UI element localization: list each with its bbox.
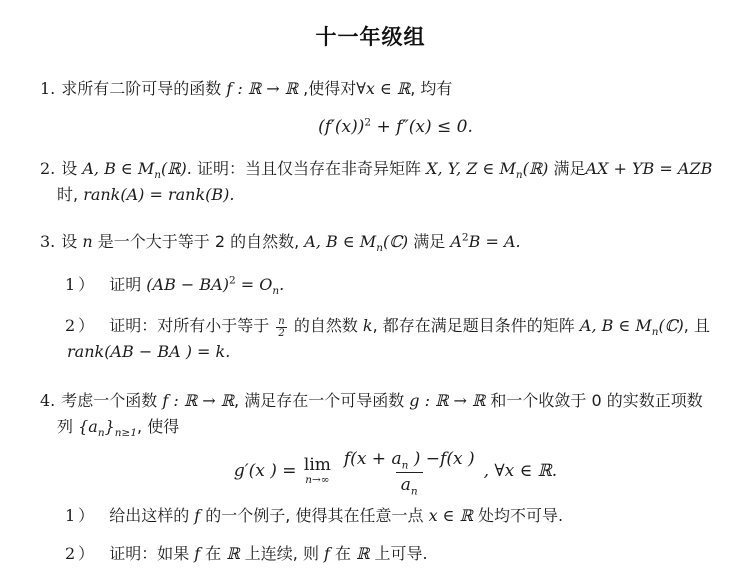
text-segment: 求所有二阶可导的函数 xyxy=(61,79,226,98)
problem-1-text: 求所有二阶可导的函数 f : ℝ → ℝ ,使得对∀x ∈ ℝ, 均有 xyxy=(61,79,452,98)
problem-1-display-formula: (f′(x))2 + f″(x) ≤ 0. xyxy=(0,112,741,142)
problem-3-subitem-2-line-1: 2）证明：对所有小于等于 n2 的自然数 k, 都存在满足题目条件的矩阵 A, … xyxy=(65,313,729,339)
fraction-numerator: f(x + an ) −f(x ) xyxy=(339,449,480,472)
limit-fraction: f(x + an ) −f(x ) an xyxy=(339,449,480,494)
text-segment: 处均不可导. xyxy=(473,506,563,525)
subitem-text: 给出这样的 f 的一个例子, 使得其在任意一点 x ∈ ℝ 处均不可导. xyxy=(109,506,563,525)
math-segment: , ∀x ∈ ℝ. xyxy=(484,461,558,481)
text-segment: 证明 xyxy=(109,275,146,294)
subscript: n xyxy=(376,242,383,254)
math-segment: (ℝ) xyxy=(523,159,549,178)
subitem-marker: 2） xyxy=(65,316,97,335)
math-segment: ℝ xyxy=(226,544,239,563)
math-segment: n xyxy=(82,232,92,251)
text-segment: 满足 xyxy=(548,159,585,178)
math-segment: . xyxy=(279,275,284,294)
math-segment: (f′(x)) xyxy=(318,117,364,137)
math-segment: ℝ xyxy=(356,544,369,563)
text-segment: , 且 xyxy=(684,316,710,335)
math-segment: g′(x ) = xyxy=(234,461,302,481)
text-segment: 设 xyxy=(61,159,82,178)
text-segment: 证明：如果 xyxy=(109,544,194,563)
problem-4-line-1: 4.考虑一个函数 f : ℝ → ℝ, 满足存在一个可导函数 g : ℝ → ℝ… xyxy=(40,388,729,414)
text-segment: 的自然数 xyxy=(289,316,363,335)
page-title: 十一年级组 xyxy=(0,22,741,52)
subitem-text: 证明：对所有小于等于 n2 的自然数 k, 都存在满足题目条件的矩阵 A, B … xyxy=(109,316,710,335)
math-segment: A, B ∈ M xyxy=(82,159,154,178)
math-segment: + f″(x) ≤ 0. xyxy=(371,117,473,137)
subscript: n xyxy=(652,326,659,338)
problem-3-subitem-2-line-2: rank(AB − BA ) = k. xyxy=(67,339,729,365)
problem-4-number: 4. xyxy=(40,391,55,410)
problem-4-subitem-2: 2）证明：如果 f 在 ℝ 上连续, 则 f 在 ℝ 上可导. xyxy=(65,541,729,567)
math-segment: A xyxy=(450,232,462,251)
math-segment: rank(A) = rank(B). xyxy=(83,185,234,204)
text-segment: 考虑一个函数 xyxy=(61,391,162,410)
math-segment: (ℂ) xyxy=(383,232,408,251)
subscript: n≥1 xyxy=(115,427,137,439)
superscript: 2 xyxy=(462,232,469,244)
math-segment: ) −f(x ) xyxy=(408,449,474,469)
math-segment: A, B ∈ M xyxy=(580,316,652,335)
text-segment: 列 xyxy=(57,417,78,436)
text-segment: 设 xyxy=(61,232,82,251)
math-segment: ∀x ∈ ℝ xyxy=(356,79,410,98)
problem-4-line-2: 列 {an}n≥1, 使得 xyxy=(57,414,729,440)
problem-2-number: 2. xyxy=(40,159,55,178)
problem-3-number: 3. xyxy=(40,232,55,251)
text-segment: 上可导. xyxy=(369,544,427,563)
text-segment: , 均有 xyxy=(410,79,452,98)
text-segment: 和一个收敛于 0 的实数正项数 xyxy=(485,391,702,410)
fraction-denominator: an xyxy=(396,472,423,494)
math-segment: (AB − BA) xyxy=(146,275,229,294)
math-segment: } xyxy=(105,417,115,436)
text-segment: 时, xyxy=(57,185,83,204)
math-segment: = O xyxy=(236,275,273,294)
limit-tail: , ∀x ∈ ℝ. xyxy=(484,461,558,481)
text-segment: ,使得对 xyxy=(298,79,356,98)
text-segment: 在 xyxy=(330,544,356,563)
math-segment: f : ℝ → ℝ xyxy=(162,391,234,410)
problem-3-text: 设 n 是一个大于等于 2 的自然数, A, B ∈ Mn(ℂ) 满足 A2B … xyxy=(61,232,520,251)
problem-2-text: 设 A, B ∈ Mn(ℝ). 证明：当且仅当存在非奇异矩阵 X, Y, Z ∈… xyxy=(61,159,712,178)
subscript: n xyxy=(98,427,105,439)
text-segment: , 都存在满足题目条件的矩阵 xyxy=(373,316,580,335)
problem-1-number: 1. xyxy=(40,79,55,98)
math-segment: A, B ∈ M xyxy=(304,232,376,251)
problem-2-line-2: 时, rank(A) = rank(B). xyxy=(57,182,729,208)
superscript: 2 xyxy=(229,275,236,287)
problem-3-line-1: 3.设 n 是一个大于等于 2 的自然数, A, B ∈ Mn(ℂ) 满足 A2… xyxy=(40,229,729,255)
subscript: n xyxy=(154,169,161,181)
subitem-text: 证明：如果 f 在 ℝ 上连续, 则 f 在 ℝ 上可导. xyxy=(109,544,427,563)
text-segment: 证明：当且仅当存在非奇异矩阵 xyxy=(192,159,426,178)
text-segment: , 满足存在一个可导函数 xyxy=(234,391,409,410)
text-segment: 给出这样的 xyxy=(109,506,194,525)
subitem-marker: 1） xyxy=(65,275,97,294)
math-segment: a xyxy=(401,475,411,495)
math-segment: {a xyxy=(78,417,98,436)
math-segment: x ∈ ℝ xyxy=(429,506,473,525)
math-segment: B = A. xyxy=(469,232,521,251)
subitem-marker: 1） xyxy=(65,506,97,525)
subitem-text: 证明 (AB − BA)2 = On. xyxy=(109,275,284,294)
text-segment: 的一个例子, 使得其在任意一点 xyxy=(200,506,428,525)
text-segment: 在 xyxy=(200,544,226,563)
text-segment: 证明：对所有小于等于 xyxy=(109,316,274,335)
problem-4-display-formula: g′(x ) = lim n→∞ f(x + an ) −f(x ) an , … xyxy=(0,445,741,497)
math-segment: (ℂ) xyxy=(659,316,684,335)
problem-1-line-1: 1.求所有二阶可导的函数 f : ℝ → ℝ ,使得对∀x ∈ ℝ, 均有 xyxy=(40,76,729,102)
text-segment: 是一个大于等于 2 的自然数, xyxy=(93,232,305,251)
math-segment: rank(AB − BA ) = k. xyxy=(67,342,230,361)
math-segment: (ℝ). xyxy=(161,159,192,178)
problem-4-subitem-1: 1）给出这样的 f 的一个例子, 使得其在任意一点 x ∈ ℝ 处均不可导. xyxy=(65,503,729,529)
subscript: n xyxy=(516,169,523,181)
text-segment: 上连续, 则 xyxy=(240,544,324,563)
math-segment: AX + YB = AZB xyxy=(585,159,712,178)
problem-2-line-1: 2.设 A, B ∈ Mn(ℝ). 证明：当且仅当存在非奇异矩阵 X, Y, Z… xyxy=(40,156,729,182)
subitem-marker: 2） xyxy=(65,544,97,563)
limit-lhs: g′(x ) = xyxy=(234,461,302,481)
text-segment: , 使得 xyxy=(137,417,179,436)
limit-operator: lim n→∞ xyxy=(304,457,331,486)
text-segment: 满足 xyxy=(408,232,450,251)
lim-subscript: n→∞ xyxy=(305,474,329,486)
problem-4-text: 考虑一个函数 f : ℝ → ℝ, 满足存在一个可导函数 g : ℝ → ℝ 和… xyxy=(61,391,702,410)
math-segment: f : ℝ → ℝ xyxy=(226,79,298,98)
inline-fraction: n2 xyxy=(276,317,286,339)
math-segment: g : ℝ → ℝ xyxy=(409,391,485,410)
document-page: 十一年级组 1.求所有二阶可导的函数 f : ℝ → ℝ ,使得对∀x ∈ ℝ,… xyxy=(0,0,741,584)
math-segment: f(x + a xyxy=(344,449,402,469)
subscript: n xyxy=(411,485,418,497)
lim-word: lim xyxy=(304,457,331,474)
math-segment: k xyxy=(363,316,373,335)
math-segment: X, Y, Z ∈ M xyxy=(426,159,516,178)
problem-3-subitem-1: 1）证明 (AB − BA)2 = On. xyxy=(65,272,729,298)
